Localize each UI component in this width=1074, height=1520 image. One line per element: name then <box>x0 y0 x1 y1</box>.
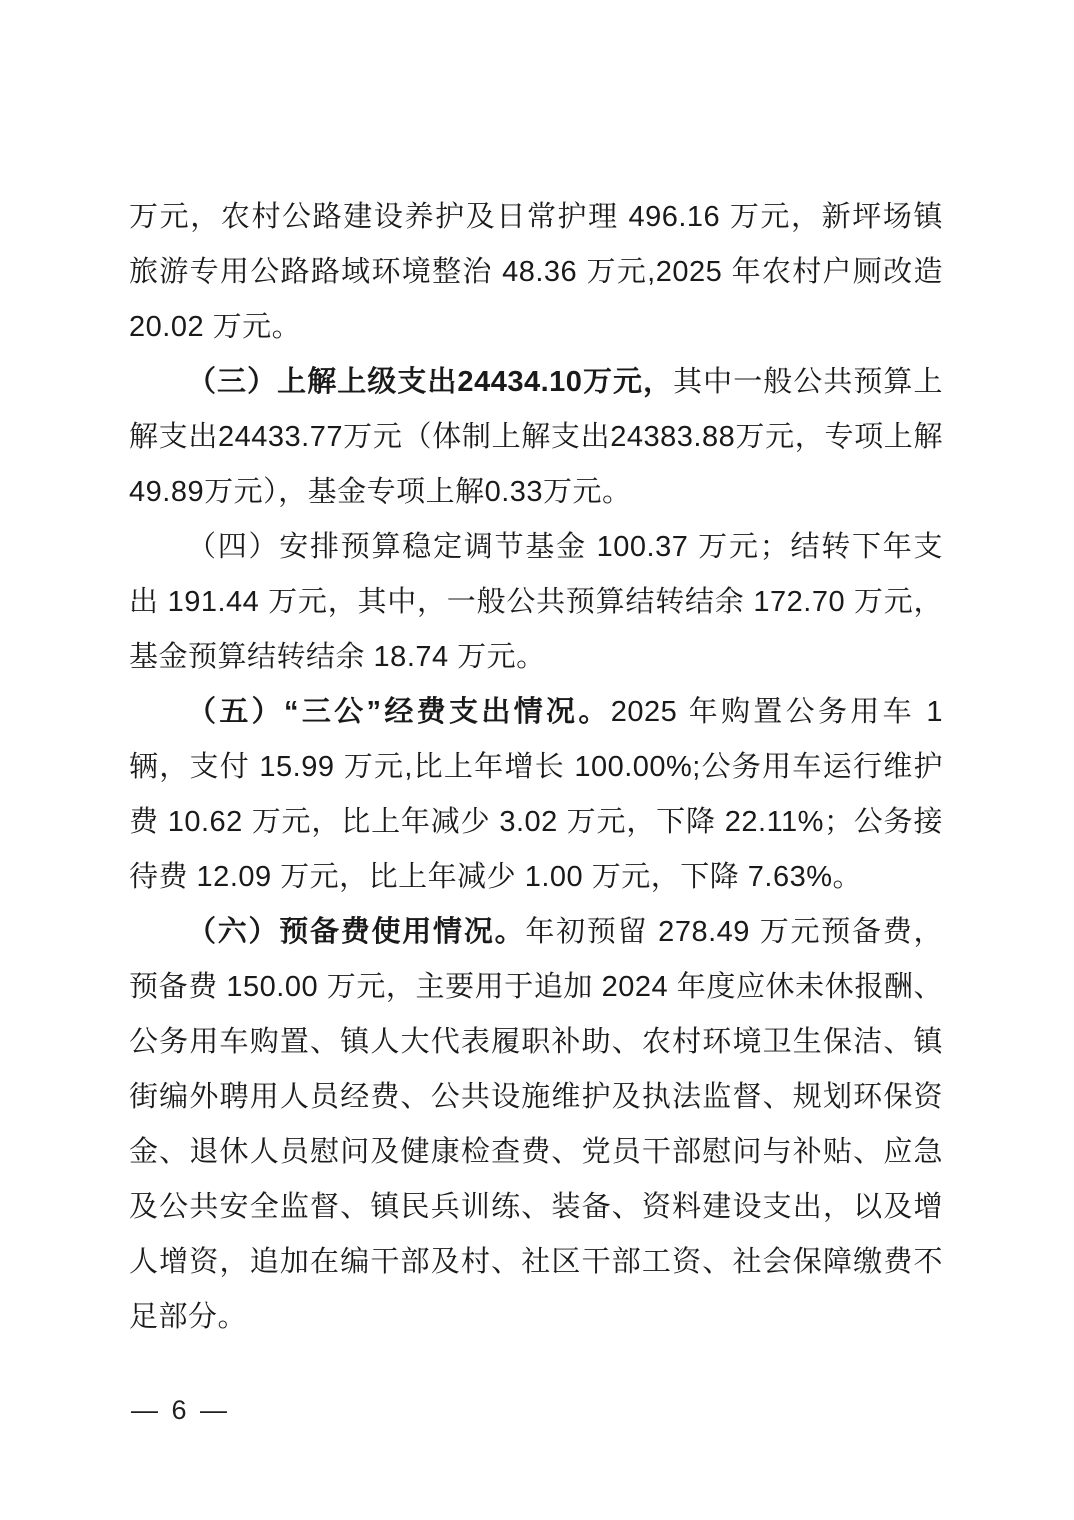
paragraph-item-3: （三）上解上级支出24434.10万元，其中一般公共预算上解支出24433.77… <box>129 355 943 520</box>
paragraph-continuation-text: 万元，农村公路建设养护及日常护理 496.16 万元，新坪场镇旅游专用公路路域环… <box>129 201 943 343</box>
paragraph-continuation: 万元，农村公路建设养护及日常护理 496.16 万元，新坪场镇旅游专用公路路域环… <box>129 190 943 355</box>
paragraph-item-5: （五）“三公”经费支出情况。2025 年购置公务用车 1 辆，支付 15.99 … <box>129 685 943 905</box>
page-number: — 6 — <box>131 1390 230 1430</box>
paragraph-item-4-text: （四）安排预算稳定调节基金 100.37 万元；结转下年支出 191.44 万元… <box>129 531 943 673</box>
paragraph-item-5-lead: （五）“三公”经费支出情况。 <box>187 696 611 728</box>
paragraph-item-4: （四）安排预算稳定调节基金 100.37 万元；结转下年支出 191.44 万元… <box>129 520 943 685</box>
paragraph-item-3-lead: （三）上解上级支出24434.10万元， <box>187 366 673 398</box>
paragraph-item-6: （六）预备费使用情况。年初预留 278.49 万元预备费，预备费 150.00 … <box>129 905 943 1345</box>
document-page: 万元，农村公路建设养护及日常护理 496.16 万元，新坪场镇旅游专用公路路域环… <box>0 0 1074 1520</box>
paragraph-item-6-text: 年初预留 278.49 万元预备费，预备费 150.00 万元，主要用于追加 2… <box>129 916 943 1333</box>
paragraph-item-6-lead: （六）预备费使用情况。 <box>187 916 525 948</box>
document-body: 万元，农村公路建设养护及日常护理 496.16 万元，新坪场镇旅游专用公路路域环… <box>129 190 943 1345</box>
